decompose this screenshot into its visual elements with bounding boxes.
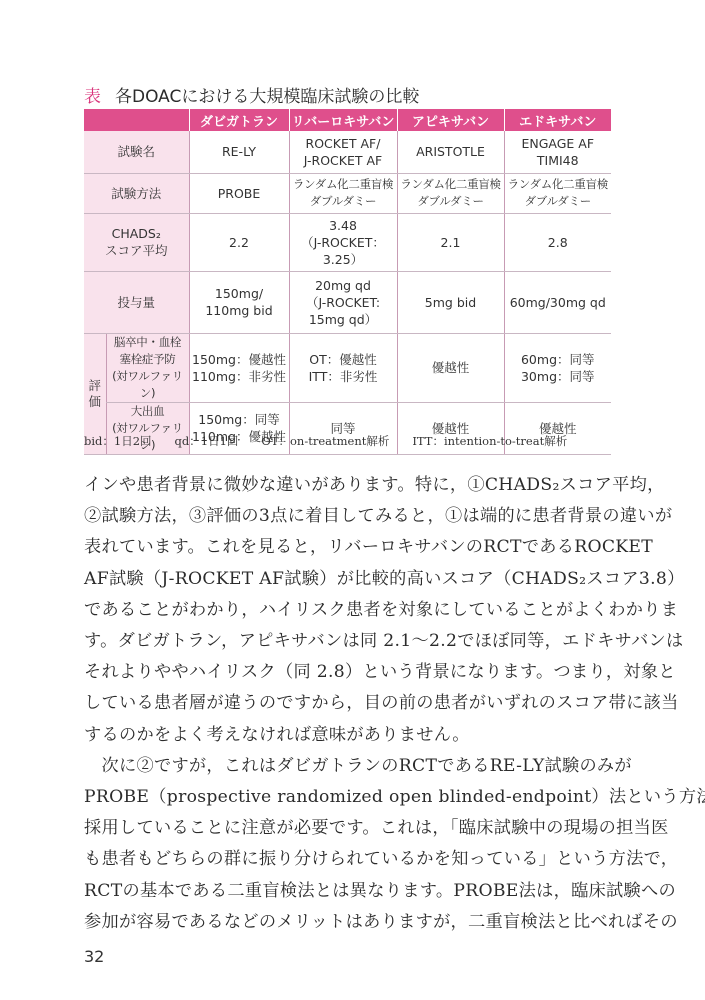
table-cell: 優越性 bbox=[397, 333, 504, 402]
header-corner bbox=[84, 109, 189, 131]
body-line: ②試験方法，③評価の3点に着目してみると，①は端的に患者背景の違いが bbox=[84, 501, 614, 532]
table-cell: ENGAGE AF TIMI48 bbox=[504, 131, 611, 173]
body-line: PROBE（prospective randomized open blinde… bbox=[84, 782, 614, 813]
body-line: AF試験（J-ROCKET AF試験）が比較的高いスコア（CHADS₂スコア3.… bbox=[84, 564, 614, 595]
body-line: も患者もどちらの群に振り分けられているかを知っている」という方法で， bbox=[84, 844, 614, 875]
table-cell: ランダム化二重盲検 ダブルダミー bbox=[397, 173, 504, 213]
table-row-trial-name: 試験名 RE-LY ROCKET AF/ J-ROCKET AF ARISTOT… bbox=[84, 131, 611, 173]
body-line: RCTの基本である二重盲検法とは異なります。PROBE法は，臨床試験への bbox=[84, 876, 614, 907]
header-apixaban: アピキサバン bbox=[397, 109, 504, 131]
body-line: す。ダビガトラン，アピキサバンは同 2.1～2.2でほぼ同等，エドキサバンは bbox=[84, 626, 614, 657]
body-line: 表れています。これを見ると，リバーロキサバンのRCTであるROCKET bbox=[84, 532, 614, 563]
table-cell: 150mg/ 110mg bid bbox=[189, 271, 289, 333]
table-caption: 表各DOACにおける大規模臨床試験の比較 bbox=[84, 82, 419, 107]
body-line: するのかをよく考えなければ意味がありません。 bbox=[84, 720, 614, 751]
table-cell: ランダム化二重盲検 ダブルダミー bbox=[504, 173, 611, 213]
table-cell: 2.1 bbox=[397, 213, 504, 271]
doac-comparison-table: ダビガトラン リバーロキサバン アピキサバン エドキサバン 試験名 RE-LY … bbox=[84, 109, 611, 455]
table-cell: OT：優越性 ITT：非劣性 bbox=[289, 333, 397, 402]
table-cell: 5mg bid bbox=[397, 271, 504, 333]
row-label: 投与量 bbox=[84, 271, 189, 333]
row-label: 脳卒中・血栓 塞栓症予防 (対ワルファリン) bbox=[106, 333, 189, 402]
body-line: インや患者背景に微妙な違いがあります。特に，①CHADS₂スコア平均， bbox=[84, 470, 614, 501]
table-caption-mark: 表 bbox=[84, 87, 101, 107]
table-cell: ROCKET AF/ J-ROCKET AF bbox=[289, 131, 397, 173]
page-number: 32 bbox=[84, 947, 104, 966]
table-cell: 2.8 bbox=[504, 213, 611, 271]
body-line: 次に②ですが，これはダビガトランのRCTであるRE-LY試験のみが bbox=[84, 751, 614, 782]
row-label: 試験名 bbox=[84, 131, 189, 173]
body-line: 参加が容易であるなどのメリットはありますが，二重盲検法と比べればその bbox=[84, 907, 614, 938]
row-label: CHADS₂ スコア平均 bbox=[84, 213, 189, 271]
header-dabigatran: ダビガトラン bbox=[189, 109, 289, 131]
header-edoxaban: エドキサバン bbox=[504, 109, 611, 131]
table-row-trial-method: 試験方法 PROBE ランダム化二重盲検 ダブルダミー ランダム化二重盲検 ダブ… bbox=[84, 173, 611, 213]
table-cell: PROBE bbox=[189, 173, 289, 213]
table-footnote: bid：1日2回 qd：1日1回 OT：on-treatment解析 ITT：i… bbox=[84, 433, 567, 449]
body-line: している患者層が違うのですから，目の前の患者がいずれのスコア帯に該当 bbox=[84, 688, 614, 719]
table-cell: ARISTOTLE bbox=[397, 131, 504, 173]
table-cell: 60mg：同等 30mg：同等 bbox=[504, 333, 611, 402]
table-cell: 60mg/30mg qd bbox=[504, 271, 611, 333]
table-caption-text: 各DOACにおける大規模臨床試験の比較 bbox=[115, 87, 419, 107]
body-line: それよりややハイリスク（同 2.8）という背景になります。つまり，対象と bbox=[84, 657, 614, 688]
table-cell: RE-LY bbox=[189, 131, 289, 173]
table-header-row: ダビガトラン リバーロキサバン アピキサバン エドキサバン bbox=[84, 109, 611, 131]
table-cell: ランダム化二重盲検 ダブルダミー bbox=[289, 173, 397, 213]
body-line: 採用していることに注意が必要です。これは，「臨床試験中の現場の担当医 bbox=[84, 813, 614, 844]
row-label: 試験方法 bbox=[84, 173, 189, 213]
header-rivaroxaban: リバーロキサバン bbox=[289, 109, 397, 131]
table-cell: 20mg qd （J-ROCKET: 15mg qd） bbox=[289, 271, 397, 333]
table-cell: 3.48 （J-ROCKET： 3.25） bbox=[289, 213, 397, 271]
body-text: インや患者背景に微妙な違いがあります。特に，①CHADS₂スコア平均， ②試験方… bbox=[84, 470, 614, 938]
table-cell: 150mg：優越性 110mg：非劣性 bbox=[189, 333, 289, 402]
table-row-stroke-prevention: 評 価 脳卒中・血栓 塞栓症予防 (対ワルファリン) 150mg：優越性 110… bbox=[84, 333, 611, 402]
table-row-chads2: CHADS₂ スコア平均 2.2 3.48 （J-ROCKET： 3.25） 2… bbox=[84, 213, 611, 271]
table-row-dosage: 投与量 150mg/ 110mg bid 20mg qd （J-ROCKET: … bbox=[84, 271, 611, 333]
table-cell: 2.2 bbox=[189, 213, 289, 271]
body-line: であることがわかり，ハイリスク患者を対象にしていることがよくわかりま bbox=[84, 595, 614, 626]
